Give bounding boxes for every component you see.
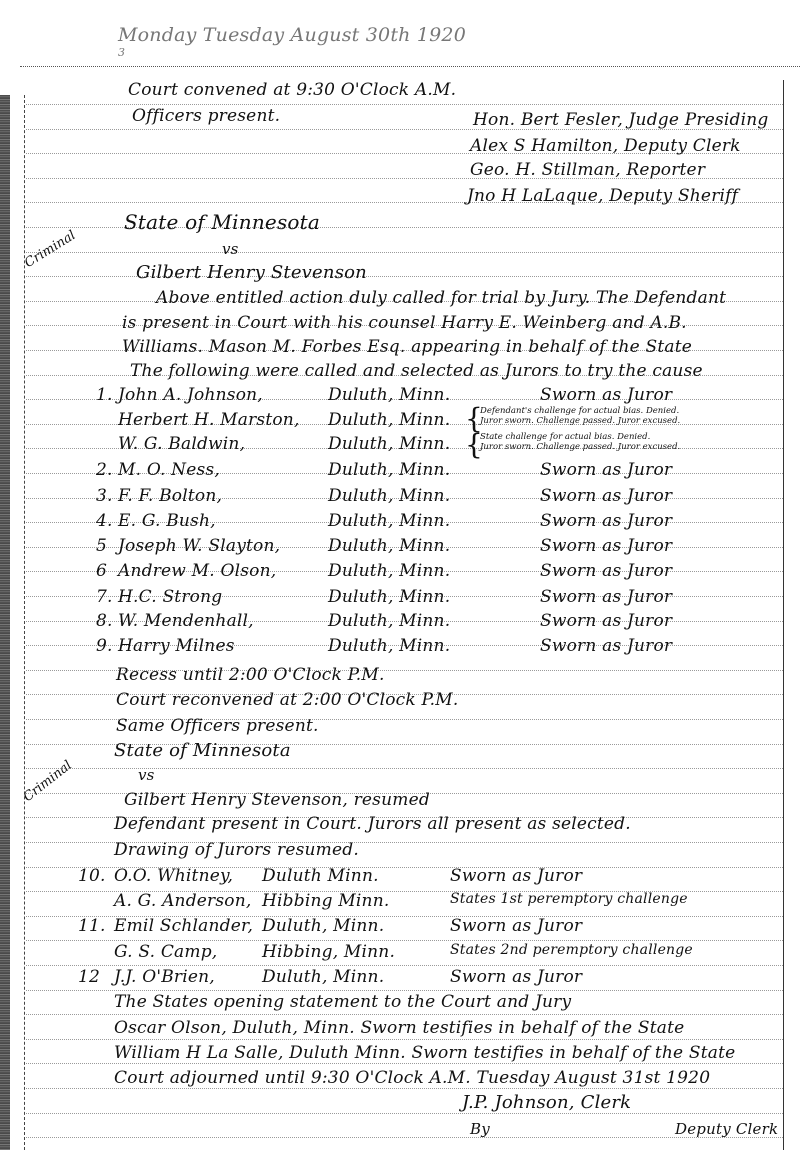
- juror-name: M. O. Ness,: [118, 460, 220, 480]
- juror-name: W. G. Baldwin,: [118, 434, 245, 454]
- challenge-note-line: Juror sworn. Challenge passed. Juror exc…: [480, 416, 680, 426]
- closing-line: Court adjourned until 9:30 O'Clock A.M. …: [114, 1068, 710, 1088]
- ruled-line: [26, 1014, 783, 1015]
- signature-by: By: [470, 1120, 490, 1138]
- juror-name: Herbert H. Marston,: [118, 410, 300, 430]
- juror-city: Hibbing, Minn.: [262, 942, 395, 962]
- juror-city: Duluth, Minn.: [328, 636, 450, 656]
- juror-city: Duluth, Minn.: [328, 511, 450, 531]
- officer-deputy-sheriff: Jno H LaLaque, Deputy Sheriff: [467, 186, 738, 206]
- juror-city: Duluth, Minn.: [328, 385, 450, 405]
- juror-city: Duluth, Minn.: [328, 536, 450, 556]
- ruled-line: [26, 1063, 783, 1064]
- juror-city: Duluth, Minn.: [328, 611, 450, 631]
- juror-city: Duluth, Minn.: [328, 486, 450, 506]
- left-margin-rule: [24, 95, 25, 1150]
- recess-line: Recess until 2:00 O'Clock P.M.: [116, 665, 385, 685]
- case2-defendant: Gilbert Henry Stevenson, resumed: [124, 790, 430, 810]
- ruled-line: [26, 1113, 783, 1114]
- same-officers-line: Same Officers present.: [116, 716, 319, 736]
- court-convened: Court convened at 9:30 O'Clock A.M.: [128, 80, 456, 100]
- juror-name: Harry Milnes: [118, 636, 235, 656]
- reconvened-line: Court reconvened at 2:00 O'Clock P.M.: [116, 690, 458, 710]
- case1-body-line: Williams. Mason M. Forbes Esq. appearing…: [122, 337, 692, 357]
- header-rule: [20, 66, 800, 67]
- case2-vs: vs: [138, 766, 155, 784]
- juror-status: Sworn as Juror: [540, 611, 672, 631]
- margin-label-criminal-2: Criminal: [21, 758, 75, 805]
- juror-name: O.O. Whitney,: [114, 866, 233, 886]
- case1-vs: vs: [222, 240, 239, 258]
- right-margin-rule: [783, 80, 784, 1150]
- juror-number: 8.: [96, 611, 113, 631]
- juror-name: W. Mendenhall,: [118, 611, 254, 631]
- juror-number: 3.: [96, 486, 113, 506]
- juror-name: E. G. Bush,: [118, 511, 216, 531]
- juror-city: Duluth, Minn.: [328, 460, 450, 480]
- juror-number: 1.: [96, 385, 113, 405]
- officer-deputy-clerk: Alex S Hamilton, Deputy Clerk: [470, 136, 741, 156]
- juror-city: Duluth, Minn.: [328, 587, 450, 607]
- closing-line: Oscar Olson, Duluth, Minn. Sworn testifi…: [114, 1018, 684, 1038]
- juror-city: Duluth, Minn.: [328, 434, 450, 454]
- closing-line: The States opening statement to the Cour…: [114, 992, 571, 1012]
- ruled-line: [26, 965, 783, 966]
- juror-status: Sworn as Juror: [540, 636, 672, 656]
- juror-name: G. S. Camp,: [114, 942, 217, 962]
- juror-status: Sworn as Juror: [540, 460, 672, 480]
- document-page: Monday Tuesday August 30th 1920 3 Court …: [0, 0, 800, 1150]
- juror-number: 10.: [78, 866, 106, 886]
- case1-body-line: The following were called and selected a…: [130, 361, 703, 381]
- juror-city: Duluth Minn.: [262, 866, 379, 886]
- juror-name: Emil Schlander,: [114, 916, 253, 936]
- juror-city: Hibbing Minn.: [262, 891, 389, 911]
- ruled-line: [26, 104, 783, 105]
- closing-line: William H La Salle, Duluth Minn. Sworn t…: [114, 1043, 735, 1063]
- case2-plaintiff: State of Minnesota: [114, 740, 291, 761]
- juror-number: 12: [78, 967, 100, 987]
- ruled-line: [26, 1088, 783, 1089]
- challenge-note-line: Defendant's challenge for actual bias. D…: [480, 406, 680, 416]
- juror-name: H.C. Strong: [118, 587, 222, 607]
- juror-status: Sworn as Juror: [540, 561, 672, 581]
- juror-status: Sworn as Juror: [450, 967, 582, 987]
- case1-body-line: Above entitled action duly called for tr…: [156, 288, 726, 308]
- juror-number: 9.: [96, 636, 113, 656]
- juror-city: Duluth, Minn.: [328, 561, 450, 581]
- juror-status: Sworn as Juror: [540, 511, 672, 531]
- juror-city: Duluth, Minn.: [328, 410, 450, 430]
- challenge-note-2: State challenge for actual bias. Denied.…: [480, 432, 680, 452]
- margin-label-criminal-1: Criminal: [22, 228, 78, 271]
- juror-number: 5: [96, 536, 107, 556]
- officers-present: Officers present.: [132, 106, 280, 126]
- juror-number: 7.: [96, 587, 113, 607]
- juror-status: States 1st peremptory challenge: [450, 891, 688, 907]
- challenge-note-1: Defendant's challenge for actual bias. D…: [480, 406, 680, 426]
- challenge-note-line: State challenge for actual bias. Denied.: [480, 432, 680, 442]
- juror-name: J.J. O'Brien,: [114, 967, 215, 987]
- juror-status: Sworn as Juror: [450, 916, 582, 936]
- juror-name: Joseph W. Slayton,: [118, 536, 280, 556]
- juror-status: Sworn as Juror: [540, 486, 672, 506]
- juror-name: A. G. Anderson,: [114, 891, 251, 911]
- juror-name: John A. Johnson,: [118, 385, 263, 405]
- case1-plaintiff: State of Minnesota: [124, 210, 320, 234]
- juror-status: Sworn as Juror: [540, 385, 672, 405]
- header-date: Monday Tuesday August 30th 1920: [118, 24, 466, 46]
- juror-name: F. F. Bolton,: [118, 486, 222, 506]
- juror-number: 6: [96, 561, 107, 581]
- case2-body-line: Drawing of Jurors resumed.: [114, 840, 359, 860]
- signature-deputy-title: Deputy Clerk: [675, 1120, 778, 1138]
- juror-status: States 2nd peremptory challenge: [450, 942, 693, 958]
- ruled-line: [26, 990, 783, 991]
- ruled-line: [26, 1039, 783, 1040]
- signature-clerk: J.P. Johnson, Clerk: [462, 1092, 631, 1113]
- ruled-line: [26, 940, 783, 941]
- juror-name: Andrew M. Olson,: [118, 561, 276, 581]
- juror-city: Duluth, Minn.: [262, 916, 384, 936]
- ruled-line: [26, 1137, 783, 1138]
- case1-body-line: is present in Court with his counsel Har…: [122, 313, 687, 333]
- juror-status: Sworn as Juror: [540, 536, 672, 556]
- juror-city: Duluth, Minn.: [262, 967, 384, 987]
- officer-judge: Hon. Bert Fesler, Judge Presiding: [473, 110, 768, 130]
- case2-body-line: Defendant present in Court. Jurors all p…: [114, 814, 631, 834]
- juror-status: Sworn as Juror: [540, 587, 672, 607]
- juror-number: 4.: [96, 511, 113, 531]
- juror-number: 2.: [96, 460, 113, 480]
- case1-defendant: Gilbert Henry Stevenson: [136, 262, 367, 283]
- juror-number: 11.: [78, 916, 106, 936]
- header-mark: 3: [118, 46, 125, 59]
- juror-status: Sworn as Juror: [450, 866, 582, 886]
- officer-reporter: Geo. H. Stillman, Reporter: [470, 160, 705, 180]
- ruled-line: [26, 252, 783, 253]
- scan-binding-edge: [0, 95, 10, 1150]
- challenge-note-line: Juror sworn. Challenge passed. Juror exc…: [480, 442, 680, 452]
